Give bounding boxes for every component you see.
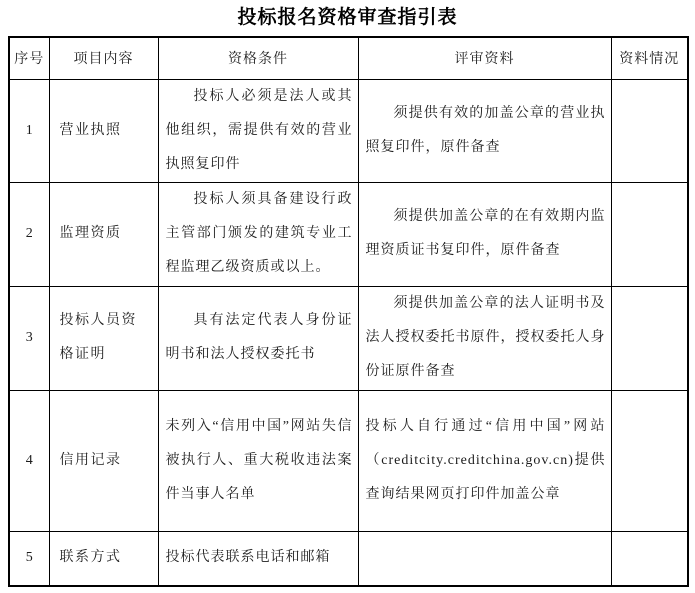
table-row: 1 营业执照 投标人必须是法人或其他组织，需提供有效的营业执照复印件 须提供有效… [9, 79, 688, 182]
cell-serial-number: 2 [9, 182, 49, 286]
cell-item-content: 投标人员资格证明 [49, 286, 158, 390]
header-serial-number: 序号 [9, 37, 49, 79]
qualification-review-table: 序号 项目内容 资格条件 评审资料 资料情况 1 营业执照 投标人必须是法人或其… [8, 36, 689, 587]
cell-item-content: 联系方式 [49, 531, 158, 586]
cell-review-material [358, 531, 611, 586]
cell-material-status [611, 286, 688, 390]
table-row: 4 信用记录 未列入“信用中国”网站失信被执行人、重大税收违法案件当事人名单 投… [9, 390, 688, 531]
header-review-material: 评审资料 [358, 37, 611, 79]
header-item-content: 项目内容 [49, 37, 158, 79]
cell-material-status [611, 390, 688, 531]
cell-serial-number: 5 [9, 531, 49, 586]
cell-material-status [611, 182, 688, 286]
header-material-status: 资料情况 [611, 37, 688, 79]
cell-serial-number: 4 [9, 390, 49, 531]
cell-review-material: 须提供加盖公章的在有效期内监理资质证书复印件，原件备查 [358, 182, 611, 286]
cell-qualification-condition: 未列入“信用中国”网站失信被执行人、重大税收违法案件当事人名单 [158, 390, 358, 531]
cell-material-status [611, 79, 688, 182]
cell-serial-number: 3 [9, 286, 49, 390]
table-row: 3 投标人员资格证明 具有法定代表人身份证明书和法人授权委托书 须提供加盖公章的… [9, 286, 688, 390]
table-row: 5 联系方式 投标代表联系电话和邮箱 [9, 531, 688, 586]
cell-review-material: 须提供有效的加盖公章的营业执照复印件，原件备查 [358, 79, 611, 182]
table-row: 2 监理资质 投标人须具备建设行政主管部门颁发的建筑专业工程监理乙级资质或以上。… [9, 182, 688, 286]
cell-qualification-condition: 投标人必须是法人或其他组织，需提供有效的营业执照复印件 [158, 79, 358, 182]
cell-item-content: 监理资质 [49, 182, 158, 286]
table-header-row: 序号 项目内容 资格条件 评审资料 资料情况 [9, 37, 688, 79]
cell-qualification-condition: 具有法定代表人身份证明书和法人授权委托书 [158, 286, 358, 390]
cell-material-status [611, 531, 688, 586]
cell-review-material: 须提供加盖公章的法人证明书及法人授权委托书原件，授权委托人身份证原件备查 [358, 286, 611, 390]
cell-qualification-condition: 投标代表联系电话和邮箱 [158, 531, 358, 586]
cell-review-material: 投标人自行通过“信用中国”网站（creditcity.creditchina.g… [358, 390, 611, 531]
cell-item-content: 信用记录 [49, 390, 158, 531]
page-title: 投标报名资格审查指引表 [0, 0, 695, 36]
cell-qualification-condition: 投标人须具备建设行政主管部门颁发的建筑专业工程监理乙级资质或以上。 [158, 182, 358, 286]
header-qualification-condition: 资格条件 [158, 37, 358, 79]
cell-serial-number: 1 [9, 79, 49, 182]
cell-item-content: 营业执照 [49, 79, 158, 182]
document-page: 投标报名资格审查指引表 序号 项目内容 资格条件 评审资料 资料情况 1 营业执… [0, 0, 695, 593]
